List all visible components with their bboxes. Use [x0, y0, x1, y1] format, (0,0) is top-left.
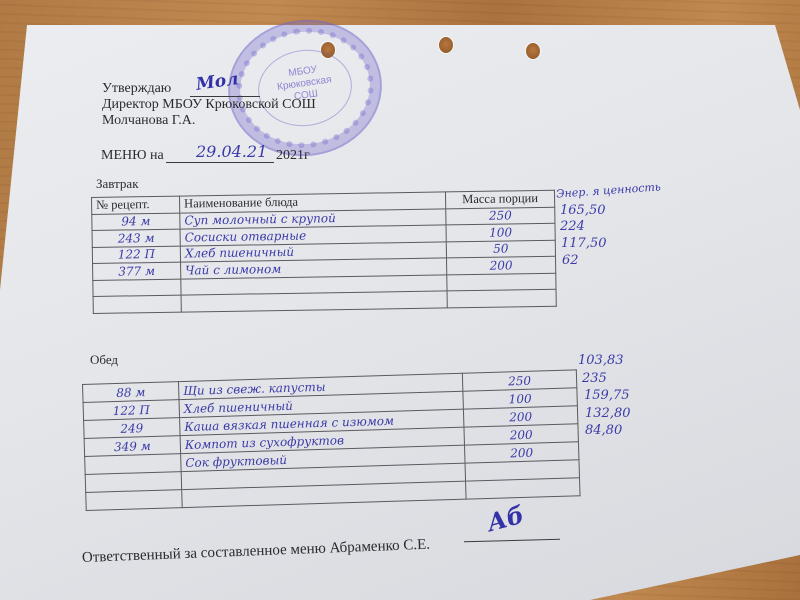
breakfast-table: № рецепт. Наименование блюда Масса порци… [91, 190, 557, 314]
recipe-cell: 377 м [93, 262, 181, 280]
lunch-energy-note: 103,83 [578, 353, 624, 368]
mass-cell: 50 [446, 240, 555, 258]
recipe-cell [93, 279, 181, 297]
column-header-mass: Масса порции [445, 190, 554, 208]
lunch-table: 88 м Щи из свеж. капусты 250 122 П Хлеб … [82, 369, 581, 511]
dish-cell [181, 291, 447, 312]
director-name: Молчанова Г.А. [102, 113, 195, 129]
lunch-label: Обед [90, 352, 118, 368]
breakfast-label: Завтрак [96, 176, 139, 192]
mass-cell: 200 [447, 256, 556, 274]
menu-date: 29.04.21 [196, 142, 267, 161]
recipe-cell [93, 295, 181, 313]
mass-cell [447, 289, 556, 307]
lunch-energy-note: 132,80 [585, 406, 631, 421]
recipe-cell: 243 м [92, 229, 180, 247]
recipe-cell [86, 490, 182, 511]
breakfast-energy-note: 62 [562, 253, 579, 268]
approve-label: Утверждаю [102, 81, 171, 97]
recipe-cell: 122 П [92, 246, 180, 264]
breakfast-energy-note: 224 [560, 219, 585, 234]
recipe-cell: 94 м [92, 213, 180, 231]
breakfast-energy-note: 117,50 [561, 236, 607, 251]
breakfast-energy-note: 165,50 [560, 203, 606, 218]
punch-hole [439, 37, 453, 53]
lunch-energy-note: 235 [582, 371, 607, 386]
menu-title-year: 2021г [276, 148, 310, 164]
mass-cell [466, 478, 580, 499]
punch-hole [526, 43, 540, 59]
lunch-energy-note: 84,80 [585, 423, 622, 438]
column-header-recipe: № рецепт. [92, 196, 180, 214]
mass-cell [447, 273, 556, 291]
mass-cell: 100 [446, 223, 555, 241]
menu-date-line [166, 162, 274, 163]
mass-cell: 250 [446, 207, 555, 225]
lunch-energy-note: 159,75 [584, 388, 630, 403]
menu-title-prefix: МЕНЮ на [101, 148, 164, 164]
director-title: Директор МБОУ Крюковской СОШ [102, 97, 316, 113]
